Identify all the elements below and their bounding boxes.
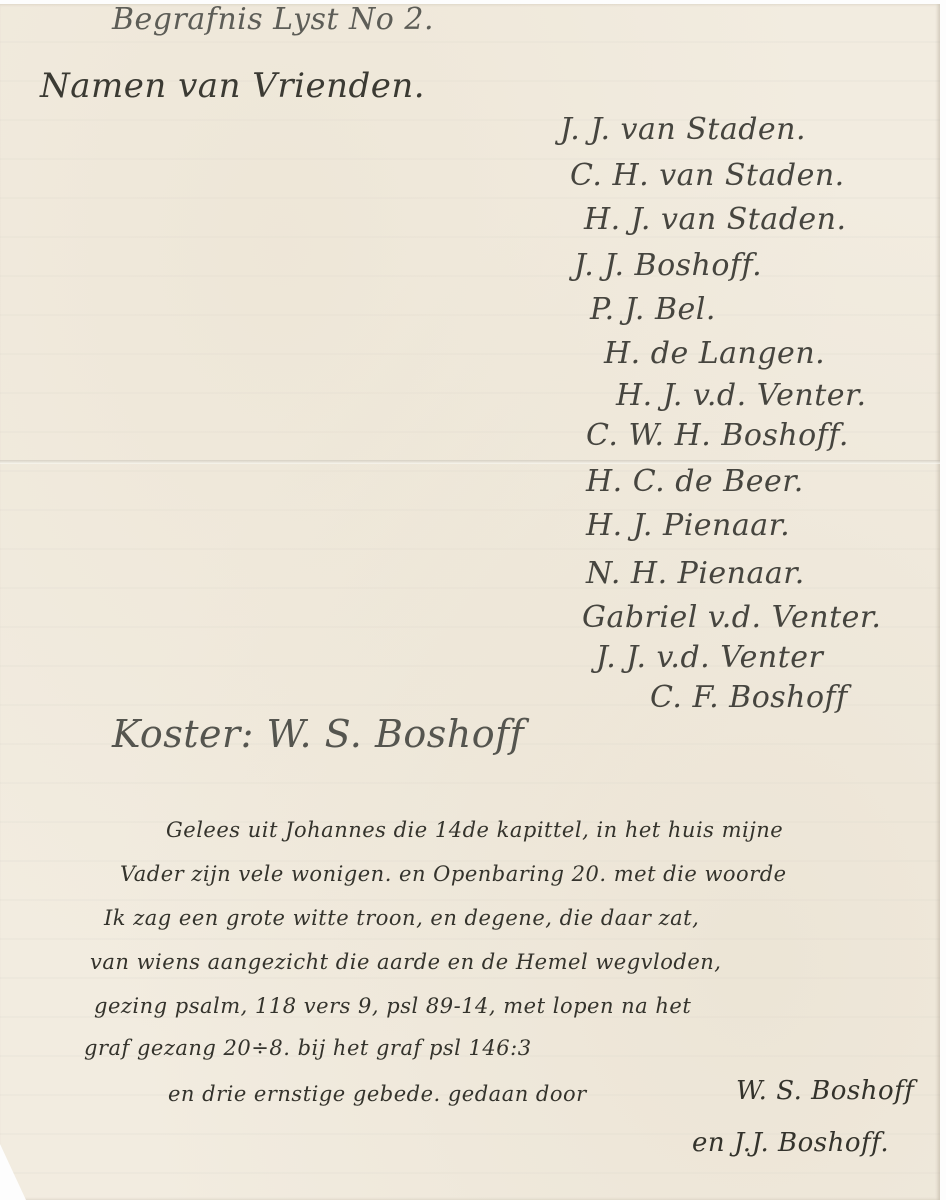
names-heading: Namen van Vrienden. <box>40 66 425 106</box>
name-entry: P. J. Bel. <box>590 292 716 327</box>
body-line: en drie ernstige gebede. gedaan door <box>168 1082 587 1106</box>
body-line: gezing psalm, 118 vers 9, psl 89-14, met… <box>94 994 691 1018</box>
name-entry: H. J. Pienaar. <box>586 508 790 543</box>
signature: en J.J. Boshoff. <box>692 1128 889 1158</box>
name-entry: C. H. van Staden. <box>570 158 845 193</box>
body-line: van wiens aangezicht die aarde en de Hem… <box>90 950 721 974</box>
body-line: Ik zag een grote witte troon, en degene,… <box>104 906 699 930</box>
signature: W. S. Boshoff <box>736 1076 914 1106</box>
name-entry: C. W. H. Boshoff. <box>586 418 849 453</box>
name-entry: Gabriel v.d. Venter. <box>582 600 881 635</box>
name-entry: H. J. v.d. Venter. <box>616 378 867 413</box>
name-entry: H. C. de Beer. <box>586 464 804 499</box>
scanned-document: Begrafnis Lyst No 2. Namen van Vrienden.… <box>0 0 946 1200</box>
koster-line: Koster: W. S. Boshoff <box>112 712 524 756</box>
body-line: Gelees uit Johannes die 14de kapittel, i… <box>166 818 783 842</box>
name-entry: C. F. Boshoff <box>650 680 848 715</box>
name-entry: J. J. van Staden. <box>560 112 806 147</box>
name-entry: J. J. v.d. Venter <box>596 640 823 675</box>
name-entry: N. H. Pienaar. <box>586 556 805 591</box>
name-entry: J. J. Boshoff. <box>574 248 762 283</box>
document-title: Begrafnis Lyst No 2. <box>112 2 434 37</box>
body-line: graf gezang 20÷8. bij het graf psl 146:3 <box>84 1036 532 1060</box>
body-line: Vader zijn vele wonigen. en Openbaring 2… <box>120 862 787 886</box>
name-entry: H. de Langen. <box>604 336 825 371</box>
name-entry: H. J. van Staden. <box>584 202 847 237</box>
